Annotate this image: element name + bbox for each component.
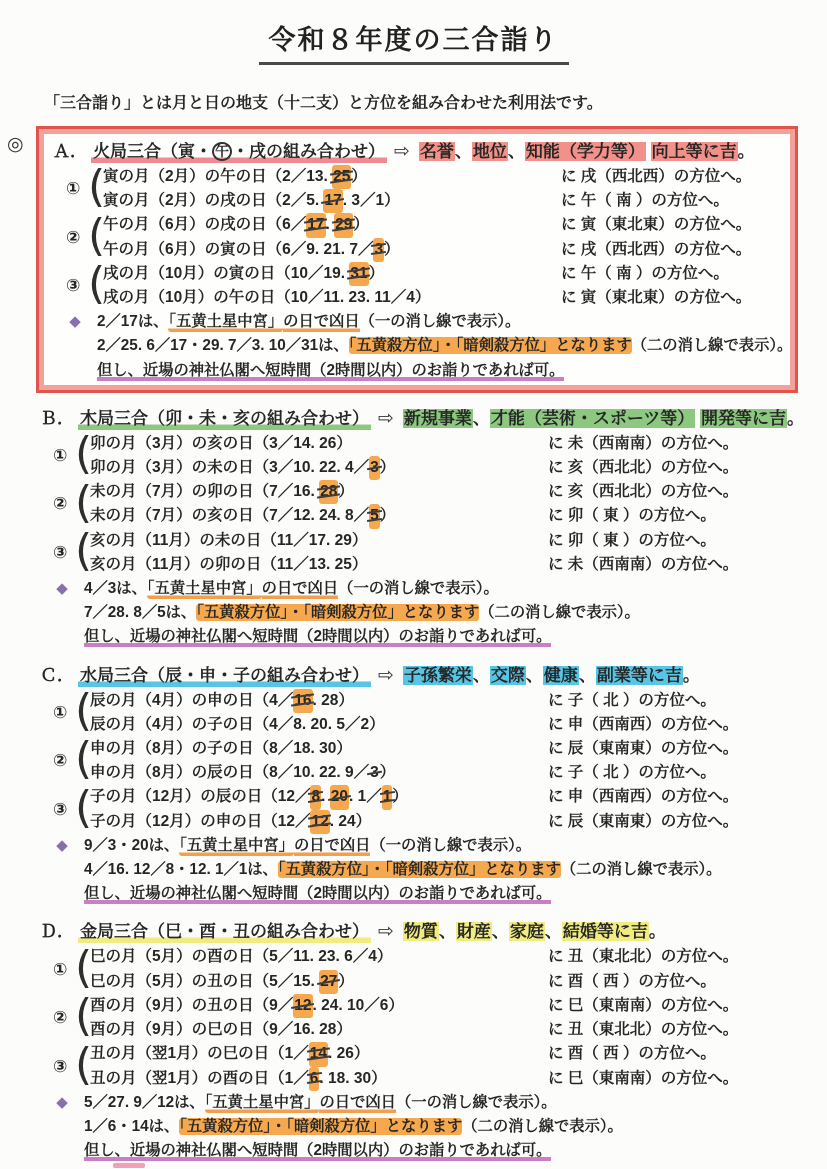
pair-number: ①: [53, 960, 75, 980]
pair-number: ①: [53, 446, 75, 466]
note-row: 4／16. 12／8・12. 1／1は、「五黄殺方位」・「暗剣殺方位」となります…: [40, 858, 827, 882]
text-run: 未の月（7月）の亥の日（7／12. 24. 8／: [90, 507, 369, 524]
section-B: Ｂ．木局三合（卯・未・亥の組み合わせ）⇨新規事業、才能（芸術・スポーツ等） 開発…: [40, 405, 827, 650]
text-run: 酉の月（9月）の丑の日（9／: [90, 997, 293, 1014]
pair-lines: 亥の月（11月）の未の日（11／17. 29）に 卯（ 東 ）の方位へ。亥の月（…: [90, 529, 827, 577]
direction-cell: に 丑（東北北）の方位へ。: [548, 1018, 827, 1042]
pair-number: ③: [66, 276, 88, 296]
double-circle-mark: ◎: [7, 133, 24, 156]
diamond-icon: ◆: [53, 310, 97, 334]
date-row: 酉の月（9月）の丑の日（9／12. 24. 10／6）に 巳（東南南）の方位へ。: [90, 994, 827, 1018]
text-run: . 26）: [328, 1045, 369, 1062]
date-row: 子の月（12月）の辰の日（12／8. 20. 1／1）に 申（西南西）の方位へ。: [90, 785, 827, 809]
text-run: （二の消し線で表示）。: [462, 1118, 623, 1135]
date-pair: ②(酉の月（9月）の丑の日（9／12. 24. 10／6）に 巳（東南南）の方位…: [53, 994, 827, 1042]
direction-cell: に 巳（東南南）の方位へ。: [548, 1067, 827, 1091]
benefit-segment: 、: [526, 666, 543, 685]
note-row: ◆9／3・20は、「五黄土星中宮」の日で凶日（一の消し線で表示）。: [40, 834, 827, 858]
section-letter: Ｄ．: [40, 922, 74, 941]
text-run: 未の月（7月）の卯の日（7／16.: [90, 483, 319, 500]
section-header: Ｄ．金局三合（巳・酉・丑の組み合わせ）⇨物質、財産、家庭、結婚等に吉。: [40, 918, 827, 945]
benefit-segment: 才能（芸術・スポーツ等）: [490, 409, 695, 428]
pair-number: ②: [66, 228, 88, 248]
struck-date: 12: [293, 994, 312, 1018]
section-name: 木局三合（卯・未・亥の組み合わせ）: [78, 409, 371, 430]
struck-date: 12: [310, 810, 329, 834]
date-pair: ①(卯の月（3月）の亥の日（3／14. 26）に 未（西南南）の方位へ。卯の月（…: [53, 432, 827, 480]
direction-cell: に 亥（西北北）の方位へ。: [548, 480, 827, 504]
direction-cell: に 午（ 南 ）の方位へ。: [561, 189, 789, 213]
date-cell: 卯の月（3月）の未の日（3／10. 22. 4／3）: [90, 456, 548, 480]
pair-brace: (: [75, 947, 90, 989]
pair-lines: 酉の月（9月）の丑の日（9／12. 24. 10／6）に 巳（東南南）の方位へ。…: [90, 994, 827, 1042]
text-run: （一の消し線で表示）。: [360, 313, 521, 330]
text-run: （一の消し線で表示）。: [370, 837, 531, 854]
pair-lines: 申の月（8月）の子の日（8／18. 30）に 辰（東南東）の方位へ。申の月（8月…: [90, 737, 827, 785]
date-cell: 午の月（6月）の寅の日（6／9. 21. 7／3）: [103, 238, 561, 262]
date-row: 未の月（7月）の亥の日（7／12. 24. 8／5）に 卯（ 東 ）の方位へ。: [90, 504, 827, 528]
diamond-icon: ◆: [40, 834, 84, 858]
text-run: 午の月（6月）の寅の日（6／9. 21. 7／: [103, 241, 373, 258]
note-indent: [40, 882, 84, 906]
date-cell: 亥の月（11月）の卯の日（11／13. 25）: [90, 553, 548, 577]
text-run: 卯の月（3月）の未の日（3／10. 22. 4／: [90, 459, 369, 476]
text-run: 「五黄土星中宮」: [179, 837, 294, 856]
text-run: . 3／1）: [343, 192, 400, 209]
text-run: 「五黄土星中宮」: [147, 580, 262, 599]
arrow-icon: ⇨: [378, 665, 394, 686]
text-run: ）: [353, 216, 369, 233]
section-A: ◎Ａ．火局三合（寅・午・戌の組み合わせ）⇨名誉、地位、知能（学力等） 向上等に吉…: [36, 126, 798, 393]
direction-cell: に 申（西南西）の方位へ。: [548, 713, 827, 737]
text-run: 巳の月（5月）の酉の日（5／11. 23. 6／4）: [90, 948, 392, 965]
text-run: 5／27. 9／12は、: [84, 1094, 205, 1111]
benefits-text: 新規事業、才能（芸術・スポーツ等） 開発等に吉。: [403, 409, 804, 428]
date-row: 巳の月（5月）の丑の日（5／15. 27）に 酉（ 西 ）の方位へ。: [90, 970, 827, 994]
text-run: 辰の月（4月）の子の日（4／8. 20. 5／2）: [90, 716, 385, 733]
pair-brace: (: [75, 1044, 90, 1086]
benefit-segment: 健康: [543, 666, 579, 685]
direction-cell: に 巳（東南南）の方位へ。: [548, 994, 827, 1018]
section-name: 火局三合（寅・午・戌の組み合わせ）: [91, 142, 387, 163]
section-C: Ｃ．水局三合（辰・申・子の組み合わせ）⇨子孫繁栄、交際、健康、副業等に吉。①(辰…: [40, 662, 827, 907]
benefit-segment: 結婚等に吉: [562, 922, 649, 941]
benefit-segment: 物質: [403, 922, 439, 941]
pair-brace: (: [75, 482, 90, 524]
diamond-icon: ◆: [40, 1091, 84, 1115]
section-letter: Ａ．: [53, 142, 87, 161]
text-run: 丑の月（翌1月）の巳の日（1／: [90, 1045, 309, 1062]
benefit-segment: 。: [649, 922, 666, 941]
note-text: 7／28. 8／5は、「五黄殺方位」・「暗剣殺方位」となります（二の消し線で表示…: [84, 601, 640, 625]
direction-cell: に 酉（ 西 ）の方位へ。: [548, 1042, 827, 1066]
direction-cell: に 午（ 南 ）の方位へ。: [561, 262, 789, 286]
text-run: （一の消し線で表示）。: [396, 1094, 557, 1111]
pair-brace: (: [75, 787, 90, 829]
text-run: の日で凶日: [283, 313, 360, 332]
pair-brace: (: [75, 530, 90, 572]
note-indent: [40, 1139, 84, 1163]
text-run: 戌の月（10月）の寅の日（10／19.: [103, 265, 349, 282]
note-text: 但し、近場の神社仏閣へ短時間（2時間以内）のお詣りであれば可。: [97, 359, 564, 383]
text-run: . 24）: [330, 813, 371, 830]
text-run: 7／28. 8／5は、: [84, 604, 196, 621]
text-run: ）: [338, 483, 354, 500]
note-text: 4／3は、「五黄土星中宮」の日で凶日（一の消し線で表示）。: [84, 577, 499, 601]
text-run: ）: [369, 265, 385, 282]
date-cell: 酉の月（9月）の丑の日（9／12. 24. 10／6）: [90, 994, 548, 1018]
date-row: 未の月（7月）の卯の日（7／16. 28）に 亥（西北北）の方位へ。: [90, 480, 827, 504]
struck-date: 14: [309, 1042, 328, 1066]
text-run: 辰の月（4月）の申の日（4／: [90, 692, 293, 709]
text-run: 丑の月（翌1月）の酉の日（1／: [90, 1070, 309, 1087]
date-cell: 辰の月（4月）の子の日（4／8. 20. 5／2）: [90, 713, 548, 737]
text-run: 「五黄土星中宮」: [168, 313, 283, 332]
text-run: 子の月（12月）の辰の日（12／: [90, 788, 310, 805]
date-pair: ②(申の月（8月）の子の日（8／18. 30）に 辰（東南東）の方位へ。申の月（…: [53, 737, 827, 785]
date-pair: ③(亥の月（11月）の未の日（11／17. 29）に 卯（ 東 ）の方位へ。亥の…: [53, 529, 827, 577]
note-row: 但し、近場の神社仏閣へ短時間（2時間以内）のお詣りであれば可。: [40, 625, 827, 649]
text-run: （二の消し線で表示）。: [561, 861, 722, 878]
struck-date: 17: [323, 189, 342, 213]
date-row: 申の月（8月）の子の日（8／18. 30）に 辰（東南東）の方位へ。: [90, 737, 827, 761]
date-cell: 子の月（12月）の申の日（12／12. 24）: [90, 810, 548, 834]
pair-lines: 戌の月（10月）の寅の日（10／19. 31）に 午（ 南 ）の方位へ。戌の月（…: [103, 262, 789, 310]
benefit-segment: 。: [787, 409, 804, 428]
date-cell: 亥の月（11月）の未の日（11／17. 29）: [90, 529, 548, 553]
text-run: 卯の月（3月）の亥の日（3／14. 26）: [90, 435, 352, 452]
text-run: 戌の月（10月）の午の日（10／11. 23. 11／4）: [103, 289, 430, 306]
direction-cell: に 申（西南西）の方位へ。: [548, 785, 827, 809]
note-indent: [53, 359, 97, 383]
text-run: ）: [380, 764, 396, 781]
benefit-segment: 、: [473, 666, 490, 685]
date-row: 辰の月（4月）の申の日（4／16. 28）に 子（ 北 ）の方位へ。: [90, 689, 827, 713]
date-cell: 申の月（8月）の辰の日（8／10. 22. 9／3）: [90, 761, 548, 785]
text-run: の日で凶日: [262, 580, 339, 599]
pair-brace: (: [75, 433, 90, 475]
benefit-segment: 、: [579, 666, 596, 685]
date-cell: 巳の月（5月）の酉の日（5／11. 23. 6／4）: [90, 945, 548, 969]
benefit-segment: 開発等に吉: [700, 409, 787, 428]
date-cell: 卯の月（3月）の亥の日（3／14. 26）: [90, 432, 548, 456]
highlight-box: Ａ．火局三合（寅・午・戌の組み合わせ）⇨名誉、地位、知能（学力等） 向上等に吉。…: [36, 126, 798, 393]
direction-cell: に 辰（東南東）の方位へ。: [548, 810, 827, 834]
date-row: 戌の月（10月）の寅の日（10／19. 31）に 午（ 南 ）の方位へ。: [103, 262, 789, 286]
note-row: 但し、近場の神社仏閣へ短時間（2時間以内）のお詣りであれば可。: [53, 359, 789, 383]
text-run: ）: [384, 241, 400, 258]
pair-lines: 子の月（12月）の辰の日（12／8. 20. 1／1）に 申（西南西）の方位へ。…: [90, 785, 827, 833]
date-cell: 酉の月（9月）の巳の日（9／16. 28）: [90, 1018, 548, 1042]
date-cell: 巳の月（5月）の丑の日（5／15. 27）: [90, 970, 548, 994]
date-row: 午の月（6月）の寅の日（6／9. 21. 7／3）に 戌（西北西）の方位へ。: [103, 238, 789, 262]
text-run: 酉の月（9月）の巳の日（9／16. 28）: [90, 1021, 352, 1038]
arrow-icon: ⇨: [394, 141, 410, 162]
note-row: ◆2／17は、「五黄土星中宮」の日で凶日（一の消し線で表示）。: [53, 310, 789, 334]
date-pair: ③(子の月（12月）の辰の日（12／8. 20. 1／1）に 申（西南西）の方位…: [53, 785, 827, 833]
note-text: 但し、近場の神社仏閣へ短時間（2時間以内）のお詣りであれば可。: [84, 625, 551, 649]
pair-lines: 寅の月（2月）の午の日（2／13. 25）に 戌（西北西）の方位へ。寅の月（2月…: [103, 165, 789, 213]
diamond-icon: ◆: [40, 577, 84, 601]
section-name: 水局三合（辰・申・子の組み合わせ）: [78, 666, 371, 687]
date-pair: ③(丑の月（翌1月）の巳の日（1／14. 26）に 酉（ 西 ）の方位へ。丑の月…: [53, 1042, 827, 1090]
arrow-icon: ⇨: [378, 921, 394, 942]
date-row: 辰の月（4月）の子の日（4／8. 20. 5／2）に 申（西南西）の方位へ。: [90, 713, 827, 737]
note-text: 但し、近場の神社仏閣へ短時間（2時間以内）のお詣りであれば可。: [84, 882, 551, 906]
note-row: 但し、近場の神社仏閣へ短時間（2時間以内）のお詣りであれば可。: [40, 1139, 827, 1163]
date-row: 戌の月（10月）の午の日（10／11. 23. 11／4）に 寅（東北東）の方位…: [103, 286, 789, 310]
benefit-segment: 交際: [490, 666, 526, 685]
text-run: （二の消し線で表示）。: [479, 604, 640, 621]
circled-char: 午: [212, 142, 232, 161]
date-cell: 丑の月（翌1月）の巳の日（1／14. 26）: [90, 1042, 548, 1066]
date-row: 申の月（8月）の辰の日（8／10. 22. 9／3）に 子（ 北 ）の方位へ。: [90, 761, 827, 785]
note-indent: [40, 1115, 84, 1139]
benefit-segment: 、: [508, 142, 525, 161]
benefit-segment: 財産: [456, 922, 492, 941]
pair-brace: (: [88, 166, 103, 208]
pair-brace: (: [75, 738, 90, 780]
text-run: の日で凶日: [319, 1094, 396, 1113]
direction-cell: に 寅（東北東）の方位へ。: [561, 213, 789, 237]
note-indent: [53, 334, 97, 358]
date-cell: 寅の月（2月）の午の日（2／13. 25）: [103, 165, 561, 189]
date-pair: ①(寅の月（2月）の午の日（2／13. 25）に 戌（西北西）の方位へ。寅の月（…: [66, 165, 789, 213]
direction-cell: に 子（ 北 ）の方位へ。: [548, 761, 827, 785]
struck-date: 17: [306, 213, 325, 237]
text-run: 4／16. 12／8・12. 1／1は、: [84, 861, 278, 878]
pair-brace: (: [75, 690, 90, 732]
note-text: 2／25. 6／17・29. 7／3. 10／31は、「五黄殺方位」・「暗剣殺方…: [97, 334, 792, 358]
text-run: 子の月（12月）の申の日（12／: [90, 813, 310, 830]
text-run: 1／6・14は、: [84, 1118, 179, 1135]
note-indent: [40, 858, 84, 882]
note-text: 4／16. 12／8・12. 1／1は、「五黄殺方位」・「暗剣殺方位」となります…: [84, 858, 721, 882]
date-row: 丑の月（翌1月）の酉の日（1／6. 18. 30）に 巳（東南南）の方位へ。: [90, 1067, 827, 1091]
note-row: ◆4／3は、「五黄土星中宮」の日で凶日（一の消し線で表示）。: [40, 577, 827, 601]
pair-number: ①: [66, 179, 88, 199]
section-letter: Ｃ．: [40, 666, 74, 685]
direction-cell: に 戌（西北西）の方位へ。: [561, 238, 789, 262]
date-pair: ①(巳の月（5月）の酉の日（5／11. 23. 6／4）に 丑（東北北）の方位へ…: [53, 945, 827, 993]
text-run: ）: [392, 788, 408, 805]
date-cell: 寅の月（2月）の戌の日（2／5. 17. 3／1）: [103, 189, 561, 213]
struck-date: 20: [330, 785, 349, 809]
date-pair: ③(戌の月（10月）の寅の日（10／19. 31）に 午（ 南 ）の方位へ。戌の…: [66, 262, 789, 310]
note-row: 但し、近場の神社仏閣へ短時間（2時間以内）のお詣りであれば可。: [40, 882, 827, 906]
text-run: 寅の月（2月）の午の日（2／13.: [103, 168, 332, 185]
pair-brace: (: [88, 263, 103, 305]
text-run: 申の月（8月）の辰の日（8／10. 22. 9／: [90, 764, 369, 781]
text-run: 「五黄殺方位」・「暗剣殺方位」となります: [349, 337, 632, 354]
section-D: Ｄ．金局三合（巳・酉・丑の組み合わせ）⇨物質、財産、家庭、結婚等に吉。①(巳の月…: [40, 918, 827, 1163]
text-run: 午の月（6月）の戌の日（6／: [103, 216, 306, 233]
date-row: 卯の月（3月）の未の日（3／10. 22. 4／3）に 亥（西北北）の方位へ。: [90, 456, 827, 480]
date-row: 寅の月（2月）の午の日（2／13. 25）に 戌（西北西）の方位へ。: [103, 165, 789, 189]
note-row: ◆5／27. 9／12は、「五黄土星中宮」の日で凶日（一の消し線で表示）。: [40, 1091, 827, 1115]
direction-cell: に 卯（ 東 ）の方位へ。: [548, 504, 827, 528]
benefit-segment: 新規事業: [403, 409, 473, 428]
struck-date: 3: [373, 238, 384, 262]
text-run: 「五黄土星中宮」: [205, 1094, 320, 1113]
benefit-segment: [646, 142, 651, 161]
text-run: . 24. 10／6）: [313, 997, 404, 1014]
section-header: Ｃ．水局三合（辰・申・子の組み合わせ）⇨子孫繁栄、交際、健康、副業等に吉。: [40, 662, 827, 689]
benefit-segment: 向上等に吉: [651, 142, 738, 161]
text-run: （一の消し線で表示）。: [338, 580, 499, 597]
struck-date: 1: [382, 785, 393, 809]
benefit-segment: 、: [492, 922, 509, 941]
direction-cell: に 子（ 北 ）の方位へ。: [548, 689, 827, 713]
text-run: 2／17は、: [97, 313, 168, 330]
text-run: 亥の月（11月）の卯の日（11／13. 25）: [90, 556, 367, 573]
benefit-segment: 。: [683, 666, 700, 685]
text-run: 「五黄殺方位」・「暗剣殺方位」となります: [179, 1118, 462, 1135]
direction-cell: に 酉（ 西 ）の方位へ。: [548, 970, 827, 994]
text-run: 亥の月（11月）の未の日（11／17. 29）: [90, 532, 367, 549]
text-run: ）: [338, 973, 354, 990]
benefit-segment: 名誉: [419, 142, 455, 161]
date-row: 亥の月（11月）の未の日（11／17. 29）に 卯（ 東 ）の方位へ。: [90, 529, 827, 553]
date-row: 亥の月（11月）の卯の日（11／13. 25）に 未（西南南）の方位へ。: [90, 553, 827, 577]
date-pair: ①(辰の月（4月）の申の日（4／16. 28）に 子（ 北 ）の方位へ。辰の月（…: [53, 689, 827, 737]
struck-date: 31: [349, 262, 368, 286]
benefits-text: 名誉、地位、知能（学力等） 向上等に吉。: [419, 142, 755, 161]
pair-lines: 巳の月（5月）の酉の日（5／11. 23. 6／4）に 丑（東北北）の方位へ。巳…: [90, 945, 827, 993]
text-run: 9／3・20は、: [84, 837, 179, 854]
text-run: 但し、近場の神社仏閣へ短時間（2時間以内）のお詣りであれば可。: [84, 628, 551, 647]
benefit-segment: 家庭: [509, 922, 545, 941]
pair-number: ③: [53, 800, 75, 820]
text-run: . 28）: [313, 692, 354, 709]
text-run: 但し、近場の神社仏閣へ短時間（2時間以内）のお詣りであれば可。: [97, 362, 564, 381]
direction-cell: に 丑（東北北）の方位へ。: [548, 945, 827, 969]
direction-cell: に 亥（西北北）の方位へ。: [548, 456, 827, 480]
date-cell: 申の月（8月）の子の日（8／18. 30）: [90, 737, 548, 761]
text-run: 2／25. 6／17・29. 7／3. 10／31は、: [97, 337, 349, 354]
benefit-segment: 、: [473, 409, 490, 428]
date-cell: 未の月（7月）の亥の日（7／12. 24. 8／5）: [90, 504, 548, 528]
section-header: Ａ．火局三合（寅・午・戌の組み合わせ）⇨名誉、地位、知能（学力等） 向上等に吉。: [53, 138, 789, 165]
pair-brace: (: [75, 995, 90, 1037]
pair-number: ②: [53, 494, 75, 514]
text-run: 但し、近場の神社仏閣へ短時間（2時間以内）のお詣りであれば可。: [84, 1142, 551, 1161]
date-cell: 未の月（7月）の卯の日（7／16. 28）: [90, 480, 548, 504]
struck-date: 3: [369, 456, 380, 480]
date-cell: 辰の月（4月）の申の日（4／16. 28）: [90, 689, 548, 713]
text-run: 「五黄殺方位」・「暗剣殺方位」となります: [196, 604, 479, 621]
pair-brace: (: [88, 215, 103, 257]
benefit-segment: 子孫繁栄: [403, 666, 473, 685]
direction-cell: に 戌（西北西）の方位へ。: [561, 165, 789, 189]
section-name: 金局三合（巳・酉・丑の組み合わせ）: [78, 922, 371, 943]
date-row: 丑の月（翌1月）の巳の日（1／14. 26）に 酉（ 西 ）の方位へ。: [90, 1042, 827, 1066]
benefit-segment: 副業等に吉: [596, 666, 683, 685]
text-run: 「五黄殺方位」・「暗剣殺方位」となります: [278, 861, 561, 878]
direction-cell: に 辰（東南東）の方位へ。: [548, 737, 827, 761]
struck-date: 6: [309, 1067, 320, 1091]
text-run: 寅の月（2月）の戌の日（2／5.: [103, 192, 323, 209]
benefit-segment: 。: [738, 142, 755, 161]
benefits-text: 子孫繁栄、交際、健康、副業等に吉。: [403, 666, 700, 685]
text-run: 巳の月（5月）の丑の日（5／15.: [90, 973, 319, 990]
benefit-segment: 、: [455, 142, 472, 161]
date-cell: 戌の月（10月）の寅の日（10／19. 31）: [103, 262, 561, 286]
struck-date: 29: [334, 213, 353, 237]
direction-cell: に 未（西南南）の方位へ。: [548, 432, 827, 456]
benefit-segment: 、: [545, 922, 562, 941]
date-pair: ②(未の月（7月）の卯の日（7／16. 28）に 亥（西北北）の方位へ。未の月（…: [53, 480, 827, 528]
text-run: 申の月（8月）の子の日（8／18. 30）: [90, 740, 352, 757]
note-indent: [40, 625, 84, 649]
pair-number: ③: [53, 543, 75, 563]
scan-artifact: [113, 1163, 145, 1168]
text-run: 但し、近場の神社仏閣へ短時間（2時間以内）のお詣りであれば可。: [84, 885, 551, 904]
section-letter: Ｂ．: [40, 409, 74, 428]
note-row: 2／25. 6／17・29. 7／3. 10／31は、「五黄殺方位」・「暗剣殺方…: [53, 334, 789, 358]
date-row: 子の月（12月）の申の日（12／12. 24）に 辰（東南東）の方位へ。: [90, 810, 827, 834]
text-run: . 18. 30）: [319, 1070, 386, 1087]
note-row: 1／6・14は、「五黄殺方位」・「暗剣殺方位」となります（二の消し線で表示）。: [40, 1115, 827, 1139]
pair-number: ③: [53, 1057, 75, 1077]
date-row: 卯の月（3月）の亥の日（3／14. 26）に 未（西南南）の方位へ。: [90, 432, 827, 456]
date-cell: 子の月（12月）の辰の日（12／8. 20. 1／1）: [90, 785, 548, 809]
struck-date: 3: [369, 761, 380, 785]
direction-cell: に 卯（ 東 ）の方位へ。: [548, 529, 827, 553]
date-row: 午の月（6月）の戌の日（6／17. 29）に 寅（東北東）の方位へ。: [103, 213, 789, 237]
section-header: Ｂ．木局三合（卯・未・亥の組み合わせ）⇨新規事業、才能（芸術・スポーツ等） 開発…: [40, 405, 827, 432]
text-run: ）: [351, 168, 367, 185]
struck-date: 5: [369, 504, 380, 528]
date-row: 酉の月（9月）の巳の日（9／16. 28）に 丑（東北北）の方位へ。: [90, 1018, 827, 1042]
intro-text: 「三合詣り」とは月と日の地支（十二支）と方位を組み合わせた利用法です。: [44, 90, 827, 113]
date-row: 巳の月（5月）の酉の日（5／11. 23. 6／4）に 丑（東北北）の方位へ。: [90, 945, 827, 969]
date-cell: 丑の月（翌1月）の酉の日（1／6. 18. 30）: [90, 1067, 548, 1091]
benefit-segment: 、: [439, 922, 456, 941]
text-run: の日で凶日: [294, 837, 371, 856]
note-row: 7／28. 8／5は、「五黄殺方位」・「暗剣殺方位」となります（二の消し線で表示…: [40, 601, 827, 625]
arrow-icon: ⇨: [378, 408, 394, 429]
date-cell: 戌の月（10月）の午の日（10／11. 23. 11／4）: [103, 286, 561, 310]
note-text: 2／17は、「五黄土星中宮」の日で凶日（一の消し線で表示）。: [97, 310, 520, 334]
date-cell: 午の月（6月）の戌の日（6／17. 29）: [103, 213, 561, 237]
pair-lines: 丑の月（翌1月）の巳の日（1／14. 26）に 酉（ 西 ）の方位へ。丑の月（翌…: [90, 1042, 827, 1090]
text-run: ）: [380, 459, 396, 476]
direction-cell: に 寅（東北東）の方位へ。: [561, 286, 789, 310]
text-run: ）: [380, 507, 396, 524]
date-pair: ②(午の月（6月）の戌の日（6／17. 29）に 寅（東北東）の方位へ。午の月（…: [66, 213, 789, 261]
pair-number: ②: [53, 1008, 75, 1028]
date-row: 寅の月（2月）の戌の日（2／5. 17. 3／1）に 午（ 南 ）の方位へ。: [103, 189, 789, 213]
pair-lines: 未の月（7月）の卯の日（7／16. 28）に 亥（西北北）の方位へ。未の月（7月…: [90, 480, 827, 528]
struck-date: 28: [319, 480, 338, 504]
note-text: 5／27. 9／12は、「五黄土星中宮」の日で凶日（一の消し線で表示）。: [84, 1091, 557, 1115]
struck-date: 8: [310, 785, 321, 809]
struck-date: 27: [319, 970, 338, 994]
pair-lines: 午の月（6月）の戌の日（6／17. 29）に 寅（東北東）の方位へ。午の月（6月…: [103, 213, 789, 261]
sections-container: ◎Ａ．火局三合（寅・午・戌の組み合わせ）⇨名誉、地位、知能（学力等） 向上等に吉…: [0, 126, 827, 1163]
text-run: . 1／: [349, 788, 382, 805]
pair-lines: 卯の月（3月）の亥の日（3／14. 26）に 未（西南南）の方位へ。卯の月（3月…: [90, 432, 827, 480]
pair-lines: 辰の月（4月）の申の日（4／16. 28）に 子（ 北 ）の方位へ。辰の月（4月…: [90, 689, 827, 737]
benefit-segment: 地位: [472, 142, 508, 161]
benefits-text: 物質、財産、家庭、結婚等に吉。: [403, 922, 666, 941]
struck-date: 16: [293, 689, 312, 713]
title-area: 令和８年度の三合詣り: [0, 0, 827, 65]
note-text: 1／6・14は、「五黄殺方位」・「暗剣殺方位」となります（二の消し線で表示）。: [84, 1115, 623, 1139]
pair-number: ①: [53, 703, 75, 723]
benefit-segment: 知能（学力等）: [525, 142, 646, 161]
